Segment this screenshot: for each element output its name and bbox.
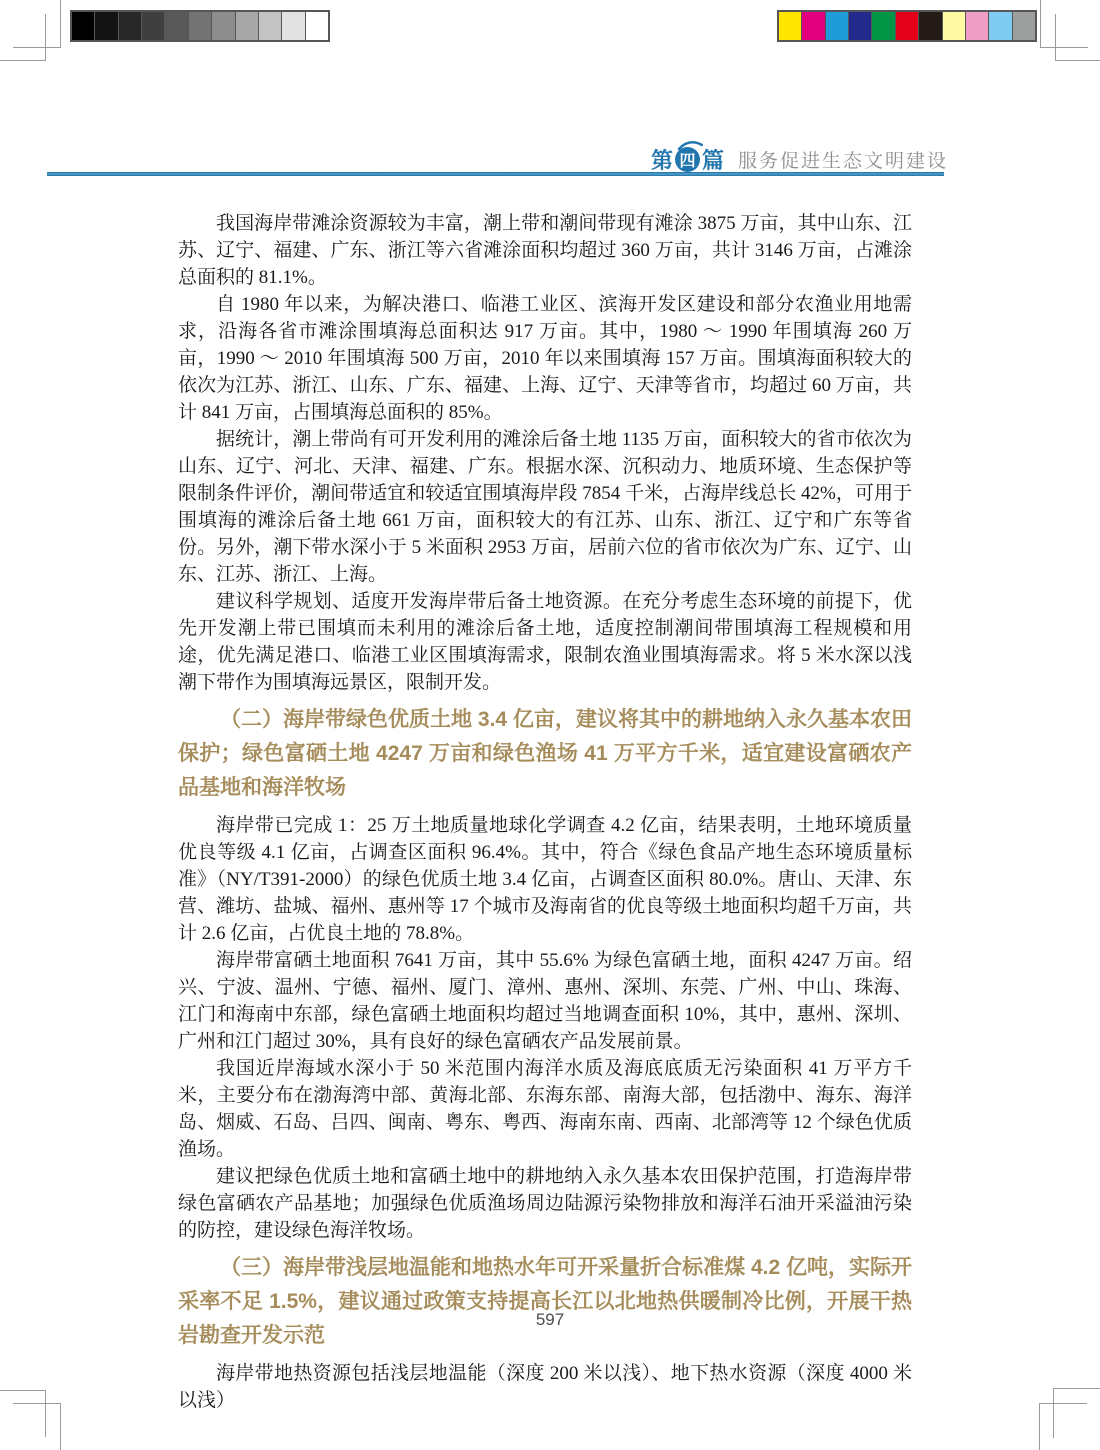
grayscale-calibration-bar [70,10,330,42]
calibration-swatch [779,12,801,40]
paragraph: 海岸带已完成 1：25 万土地质量地球化学调查 4.2 亿亩，结果表明，土地环境… [178,812,912,947]
calibration-swatch [919,12,941,40]
calibration-swatch [95,12,117,40]
paragraph: 建议科学规划、适度开发海岸带后备土地资源。在充分考虑生态环境的前提下，优先开发潮… [178,588,912,696]
part-label: 第 四 篇 [651,144,724,175]
calibration-swatch [282,12,304,40]
part-suffix: 篇 [702,144,724,175]
paragraph: 据统计，潮上带尚有可开发利用的滩涂后备土地 1135 万亩，面积较大的省市依次为… [178,426,912,588]
section-title: 服务促进生态文明建设 [738,146,948,173]
crop-mark-top-left-outer [0,14,46,61]
paragraph: 海岸带富硒土地面积 7641 万亩，其中 55.6% 为绿色富硒土地，面积 42… [178,947,912,1055]
crop-mark-top-left-inner [13,0,61,48]
calibration-swatch [849,12,871,40]
calibration-swatch [236,12,258,40]
calibration-swatch [1013,12,1035,40]
calibration-swatch [142,12,164,40]
part-prefix: 第 [651,144,673,175]
calibration-swatch [189,12,211,40]
calibration-swatch [989,12,1011,40]
calibration-swatch [212,12,234,40]
circle-swoosh-icon [677,140,703,150]
crop-mark-top-right-outer [1055,14,1100,61]
calibration-swatch [72,12,94,40]
calibration-swatch [943,12,965,40]
paragraph: 我国海岸带滩涂资源较为丰富，潮上带和潮间带现有滩涂 3875 万亩，其中山东、江… [178,210,912,291]
page-number: 597 [0,1310,1100,1330]
calibration-swatch [802,12,824,40]
section-heading-2: （二）海岸带绿色优质土地 3.4 亿亩，建议将其中的耕地纳入永久基本农田保护；绿… [178,703,912,805]
calibration-swatch [306,12,328,40]
section-heading-3: （三）海岸带浅层地温能和地热水年可开采量折合标准煤 4.2 亿吨，实际开采率不足… [178,1251,912,1353]
page-body: 我国海岸带滩涂资源较为丰富，潮上带和潮间带现有滩涂 3875 万亩，其中山东、江… [178,210,912,1414]
part-number: 四 [679,148,695,171]
paragraph: 自 1980 年以来，为解决港口、临港工业区、滨海开发区建设和部分农渔业用地需求… [178,291,912,426]
color-calibration-bar [777,10,1037,42]
part-number-badge: 四 [675,147,700,172]
calibration-swatch [119,12,141,40]
calibration-swatch [872,12,894,40]
paragraph: 我国近岸海域水深小于 50 米范围内海洋水质及海底底质无污染面积 41 万平方千… [178,1055,912,1163]
header-rule [47,172,944,176]
calibration-swatch [826,12,848,40]
running-head: 第 四 篇 服务促进生态文明建设 [651,144,948,175]
crop-mark-bottom-right-outer [1039,1403,1087,1450]
calibration-swatch [966,12,988,40]
calibration-swatch [259,12,281,40]
paragraph: 海岸带地热资源包括浅层地温能（深度 200 米以浅）、地下热水资源（深度 400… [178,1360,912,1414]
crop-mark-bottom-left-outer [0,1390,46,1437]
paragraph: 建议把绿色优质土地和富硒土地中的耕地纳入永久基本农田保护范围，打造海岸带绿色富硒… [178,1163,912,1244]
crop-mark-bottom-left-inner [13,1403,61,1450]
crop-mark-top-right-inner [1040,0,1088,48]
calibration-swatch [165,12,187,40]
crop-mark-bottom-right-inner [1053,1388,1100,1438]
calibration-swatch [896,12,918,40]
